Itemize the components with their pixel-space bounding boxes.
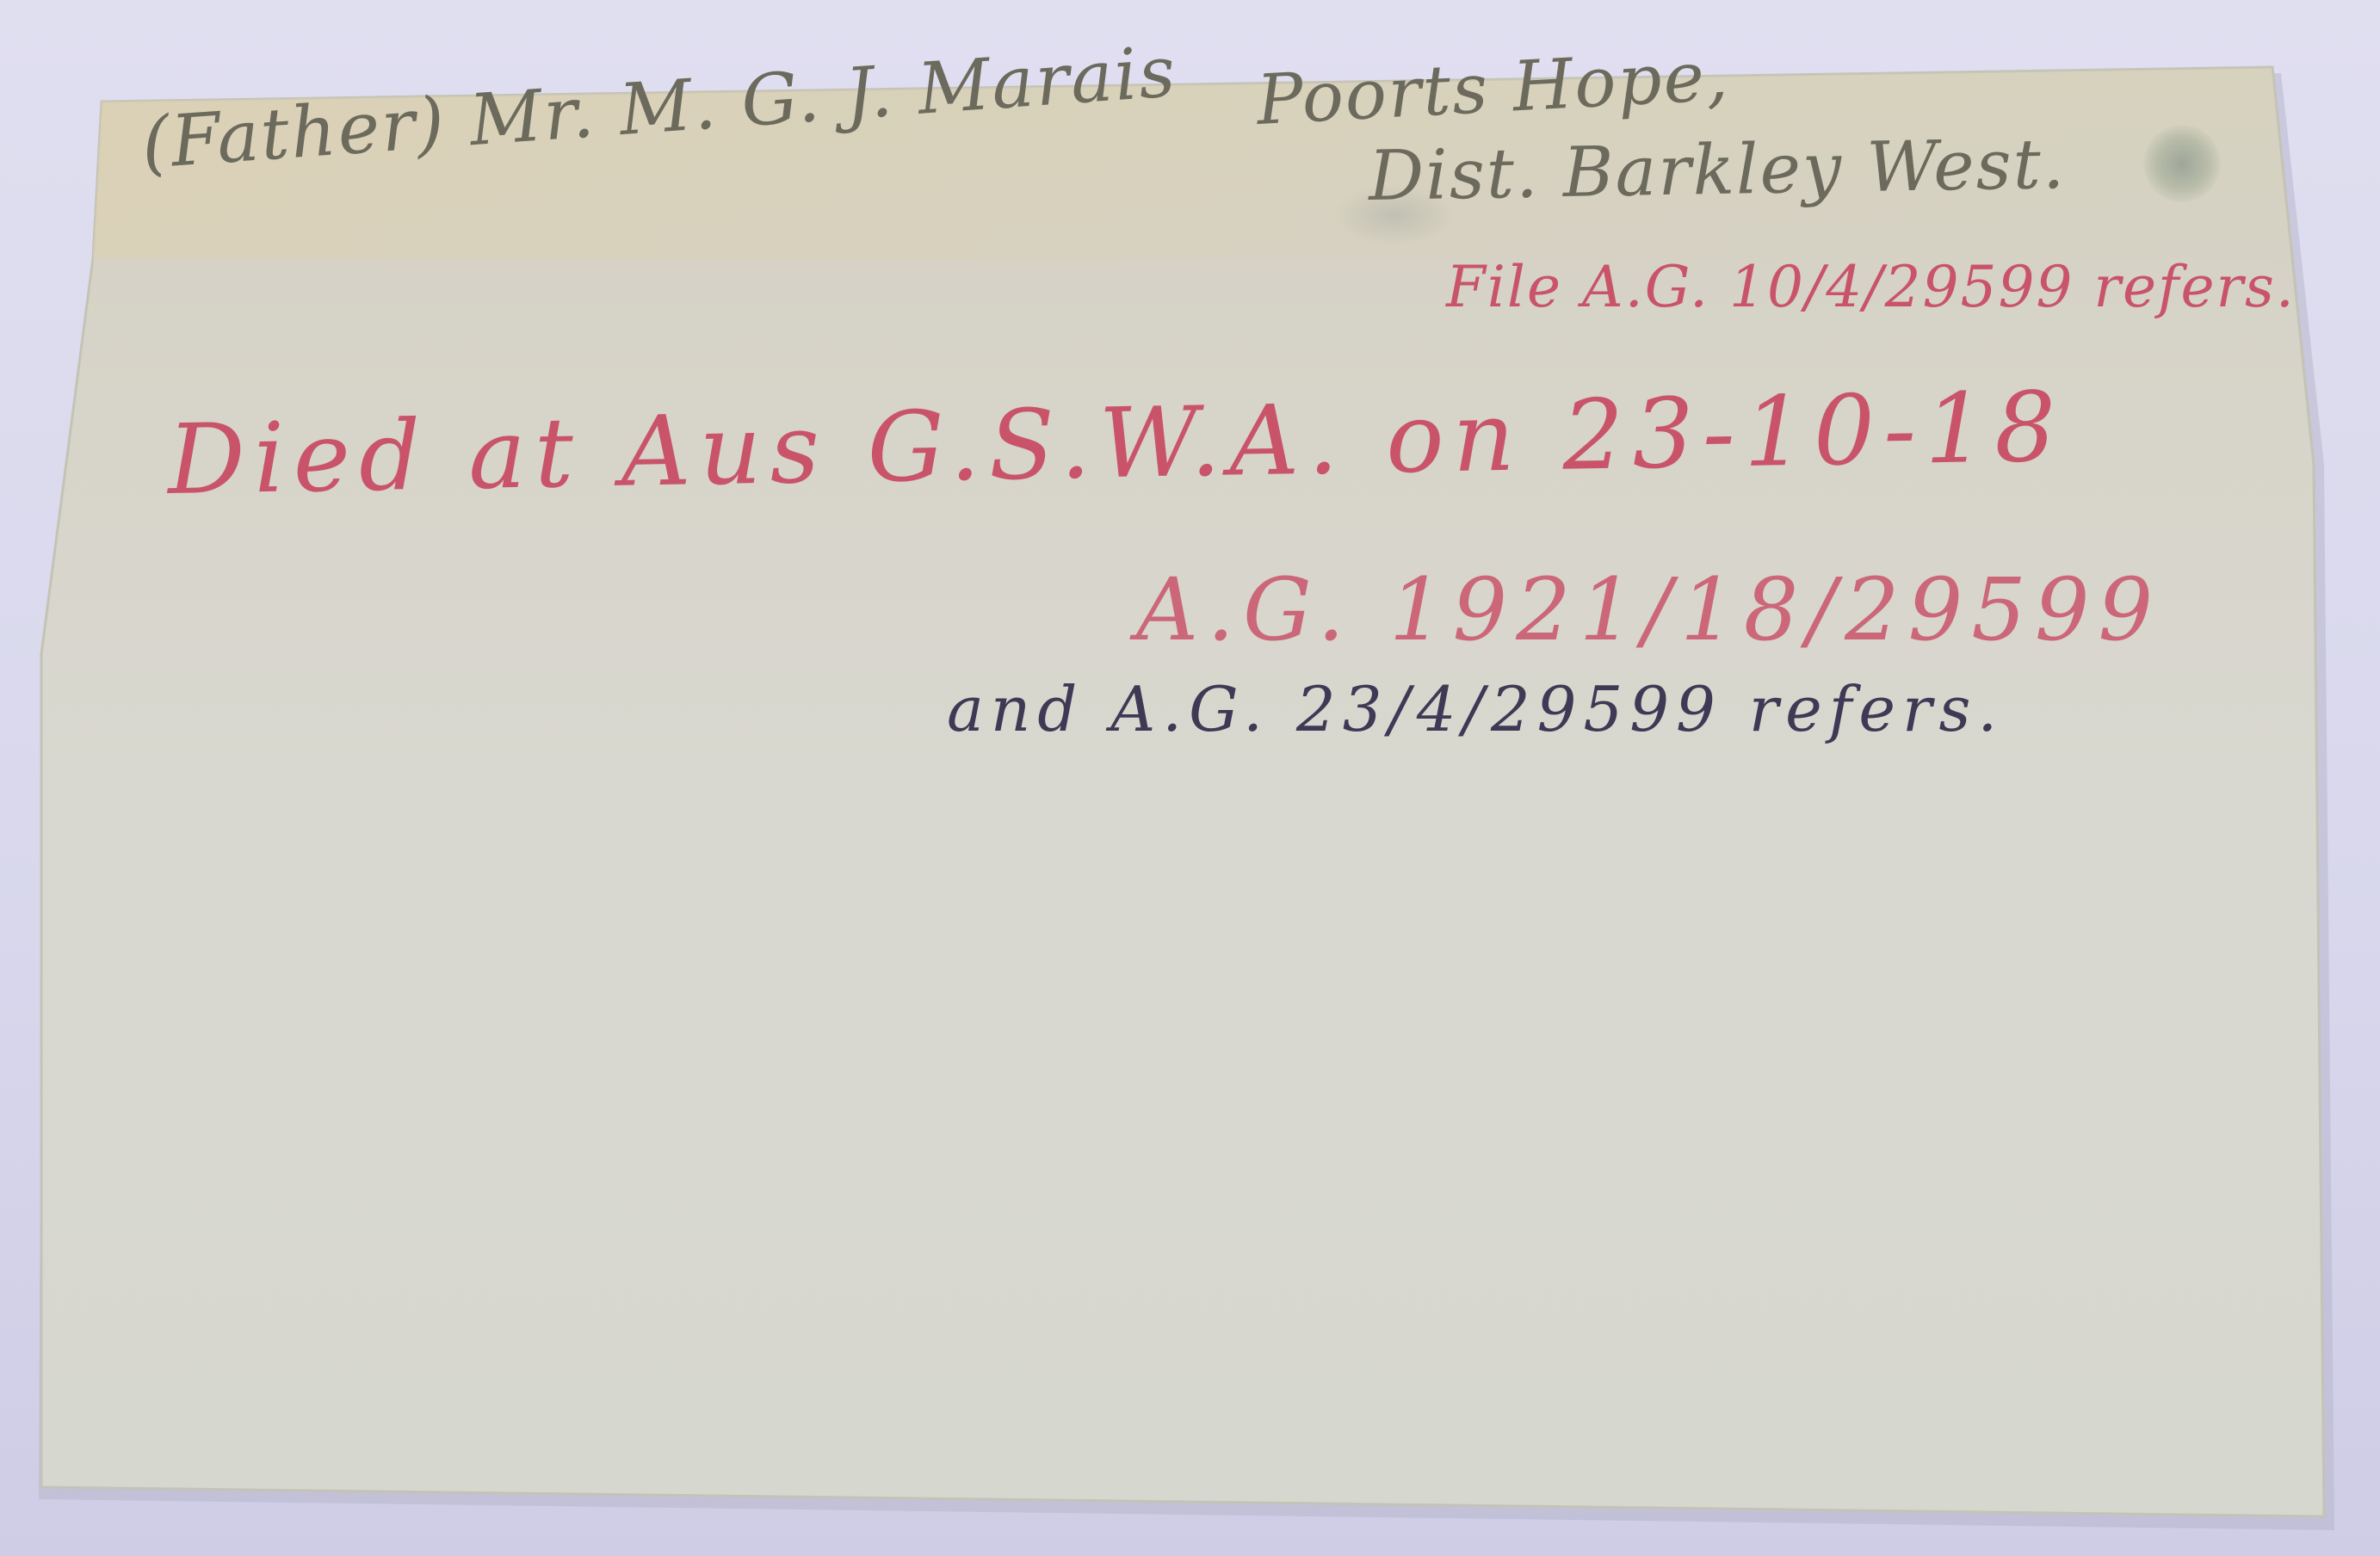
address-line-2: Dist. Barkley West. <box>1368 124 2067 216</box>
file-reference: File A.G. 10/4/29599 refers. <box>1446 254 2296 320</box>
additional-reference: and A.G. 23/4/29599 refers. <box>947 673 2004 745</box>
card-paper <box>0 0 2380 1556</box>
document-photo: (Father) Mr. M. G. J. Marais Poorts Hope… <box>0 0 2380 1556</box>
ag-reference: A.G. 1921/18/29599 <box>1136 559 2161 660</box>
